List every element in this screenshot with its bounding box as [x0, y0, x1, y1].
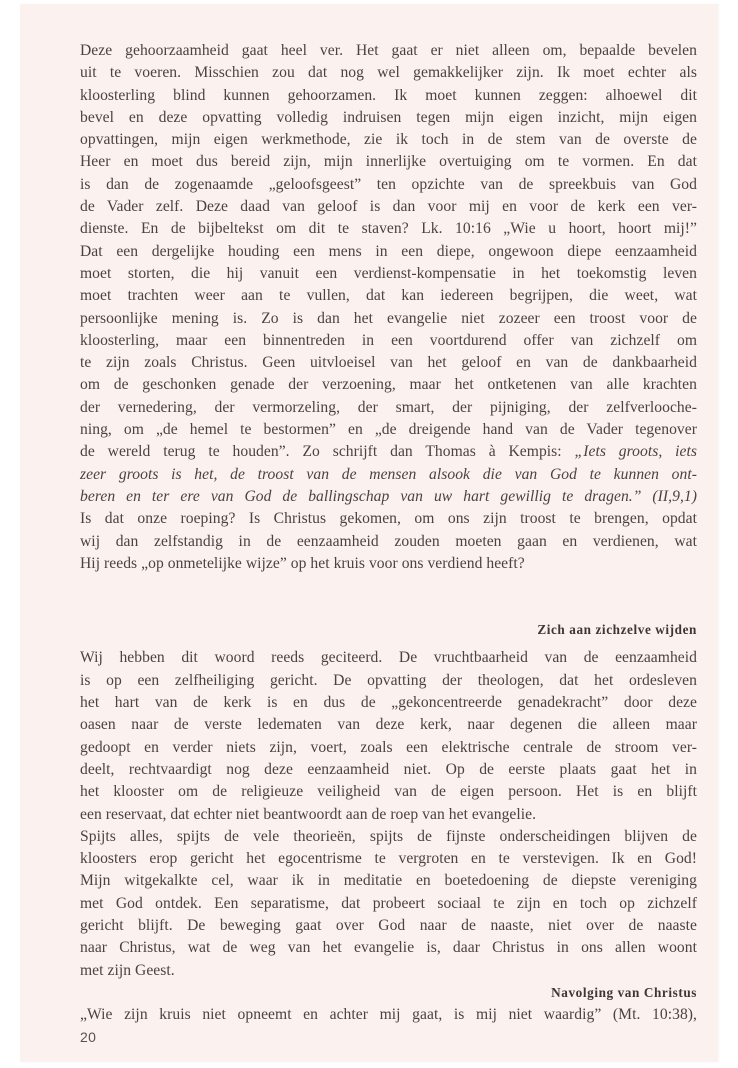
book-page: Deze gehoorzaamheid gaat heel ver. Het g…: [20, 4, 718, 1062]
text-line: oasen naar de verste ledematen van deze …: [80, 714, 697, 736]
text-line: der vernedering, der vermorzeling, der s…: [80, 397, 697, 419]
text-line: persoonlijke mening is. Zo is dan het ev…: [80, 308, 697, 330]
text-line: Is dat onze roeping? Is Christus gekomen…: [80, 508, 697, 530]
paragraph-self-sanctification: Wij hebben dit woord reeds geciteerd. De…: [80, 647, 697, 825]
section-spacer: [80, 575, 697, 619]
text-line: bevel en deze opvatting volledig indruis…: [80, 107, 697, 129]
text-line-mixed: de wereld terug te houden”. Zo schrijft …: [80, 441, 697, 463]
text-line: een reservaat, dat echter niet beantwoor…: [80, 804, 697, 826]
text-line: te zijn zoals Christus. Geen uitvloeisel…: [80, 352, 697, 374]
text-line: dienste. En de bijbeltekst om dit te sta…: [80, 218, 697, 240]
kempis-quote-start: „Iets groots, iets: [575, 443, 697, 460]
text-line: moet storten, die hij vanuit een verdien…: [80, 263, 697, 285]
text-line: opvattingen, mijn eigen werkmethode, zie…: [80, 129, 697, 151]
text-line: Heer en moet dus bereid zijn, mijn inner…: [80, 151, 697, 173]
text-line: is dan de zogenaamde „geloofsgeest” ten …: [80, 174, 697, 196]
text-line: Spijts alles, spijts de vele theorieën, …: [80, 826, 697, 848]
text-line: het klooster om de religieuze veiligheid…: [80, 781, 697, 803]
page-body: Deze gehoorzaamheid gaat heel ver. Het g…: [80, 40, 697, 1048]
kempis-quote-line: beren en ter ere van God de ballingschap…: [80, 486, 697, 508]
text-line: kloosterling, maar een binnentreden in e…: [80, 330, 697, 352]
text-line: is op een zelfheiliging gericht. De opva…: [80, 670, 697, 692]
text-line: naar Christus, wat de weg van het evange…: [80, 937, 697, 959]
text-line: met God ontdek. Een separatisme, dat pro…: [80, 893, 697, 915]
text-line: Wij hebben dit woord reeds geciteerd. De…: [80, 647, 697, 669]
text-line: met zijn Geest.: [80, 960, 697, 982]
text-line: het hart van de kerk is en dus de „gekon…: [80, 692, 697, 714]
text-line: wij dan zelfstandig in de eenzaamheid zo…: [80, 531, 697, 553]
text-line: gericht blijft. De beweging gaat over Go…: [80, 915, 697, 937]
text-segment: de wereld terug te houden”. Zo schrijft …: [80, 443, 575, 460]
text-line: Dat een dergelijke houding een mens in e…: [80, 241, 697, 263]
text-line: deelt, rechtvaardigt nog deze eenzaamhei…: [80, 759, 697, 781]
section-heading: Zich aan zichzelve wijden: [80, 619, 697, 641]
text-line: ning, om „de hemel te bestormen” en „de …: [80, 419, 697, 441]
paragraph-imitation: „Wie zijn kruis niet opneemt en achter m…: [80, 1004, 697, 1026]
kempis-quote-line: zeer groots is het, de troost van de men…: [80, 464, 697, 486]
text-line: Mijn witgekalkte cel, waar ik in meditat…: [80, 870, 697, 892]
text-line: om de geschonken genade der verzoening, …: [80, 374, 697, 396]
text-line: moet trachten weer aan te vullen, dat ka…: [80, 285, 697, 307]
text-line: gedoopt en verder niets zijn, voert, zoa…: [80, 737, 697, 759]
text-line: de Vader zelf. Deze daad van geloof is d…: [80, 196, 697, 218]
section-heading: Navolging van Christus: [80, 982, 697, 1004]
paragraph-egocentrism: Spijts alles, spijts de vele theorieën, …: [80, 826, 697, 982]
text-line: kloosters erop gericht het egocentrisme …: [80, 848, 697, 870]
text-line: Deze gehoorzaamheid gaat heel ver. Het g…: [80, 40, 697, 62]
text-line: „Wie zijn kruis niet opneemt en achter m…: [80, 1004, 697, 1026]
text-line: kloosterling blind kunnen gehoorzamen. I…: [80, 85, 697, 107]
text-line: uit te voeren. Misschien zou dat nog wel…: [80, 62, 697, 84]
paragraph-obedience: Deze gehoorzaamheid gaat heel ver. Het g…: [80, 40, 697, 575]
page-number: 20: [80, 1026, 697, 1048]
text-line: Hij reeds „op onmetelijke wijze” op het …: [80, 553, 697, 575]
